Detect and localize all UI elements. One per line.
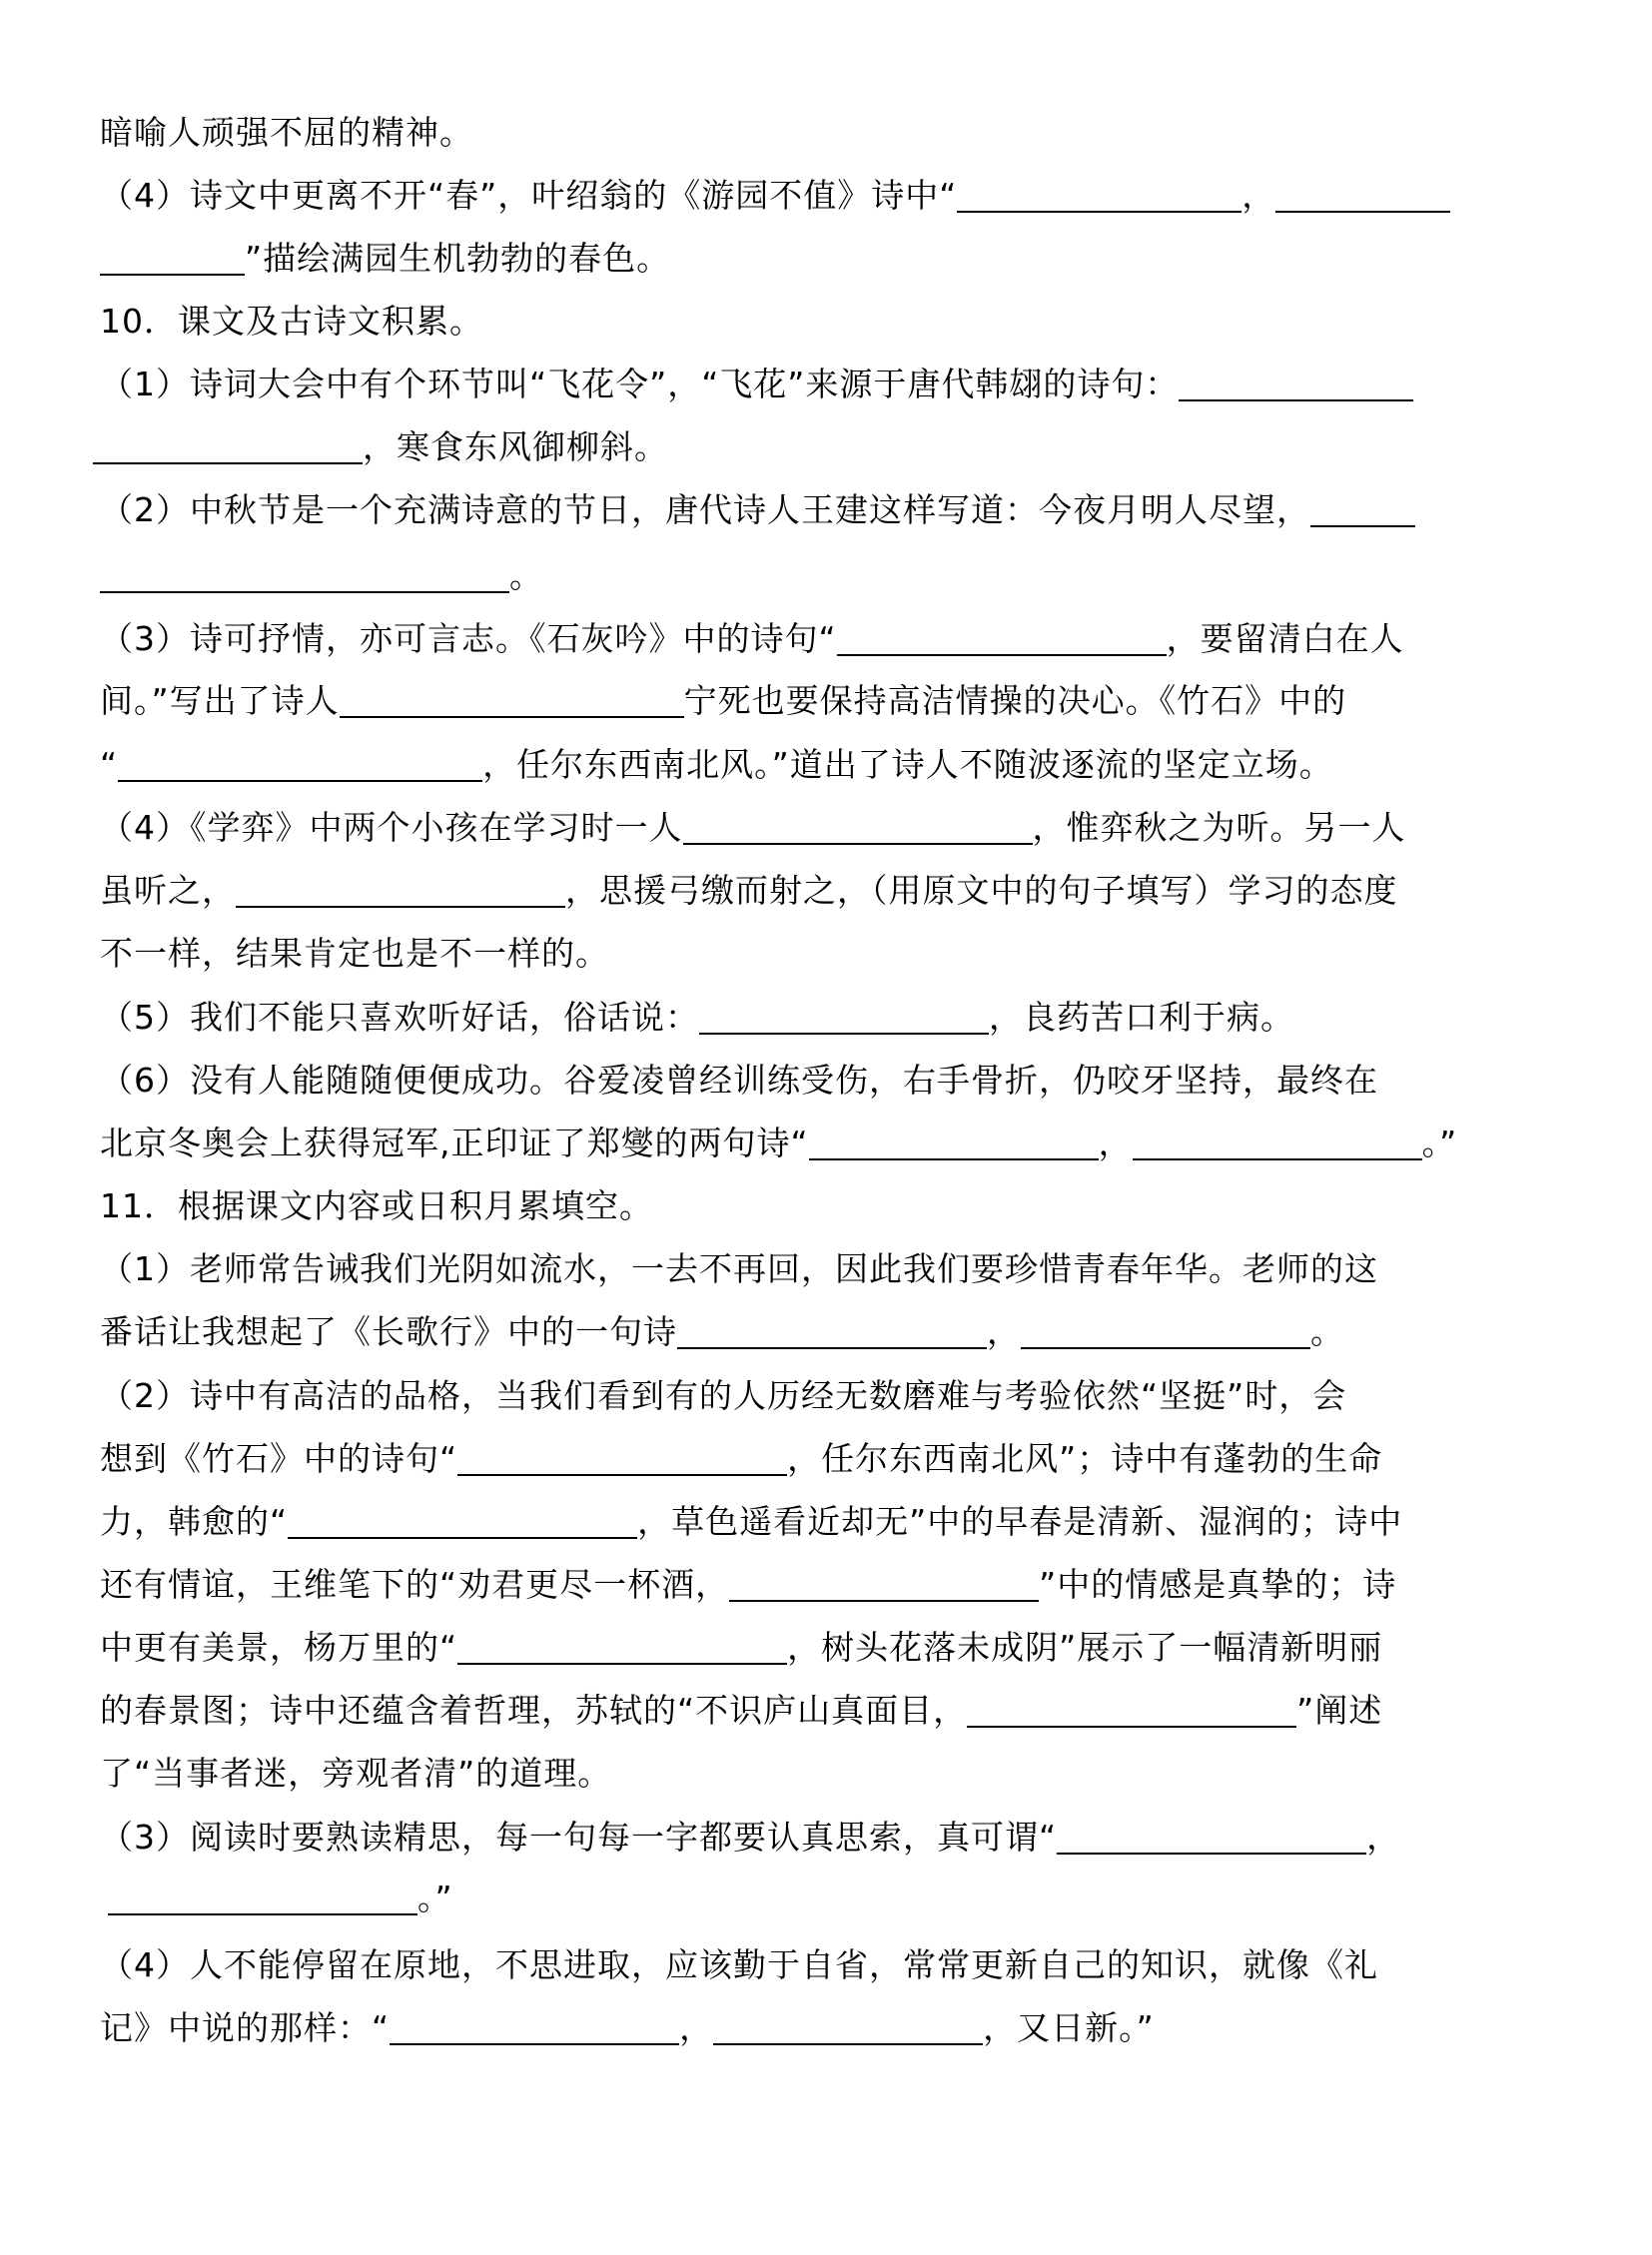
fill-in-blank[interactable]: [683, 807, 1033, 845]
fill-in-blank[interactable]: [340, 680, 684, 718]
fill-in-blank[interactable]: [967, 1690, 1296, 1728]
text-segment: ，良药苦口利于病。: [989, 998, 1294, 1037]
text-line: （1）诗词大会中有个环节叫“飞花令”，“飞花”来源于唐代韩翃的诗句：: [0, 360, 1652, 409]
fill-in-blank[interactable]: [1021, 1311, 1310, 1349]
text-line: ，寒食东风御柳斜。: [0, 422, 1652, 472]
fill-in-blank[interactable]: [1057, 1817, 1366, 1855]
text-segment: 不一样，结果肯定也是不一样的。: [100, 934, 609, 973]
text-segment: 。”: [1422, 1124, 1458, 1162]
text-segment: ，: [1241, 176, 1275, 215]
text-segment: 想到《竹石》中的诗句“: [100, 1439, 457, 1478]
text-segment: 间。”写出了诗人: [100, 681, 340, 720]
fill-in-blank[interactable]: [236, 870, 565, 908]
text-line: 10．课文及古诗文积累。: [0, 297, 1652, 347]
text-line: （6）没有人能随随便便成功。谷爱凌曾经训练受伤，右手骨折，仍咬牙坚持，最终在: [0, 1056, 1652, 1106]
text-segment: （6）没有人能随随便便成功。谷爱凌曾经训练受伤，右手骨折，仍咬牙坚持，最终在: [100, 1061, 1378, 1100]
text-line: （4）诗文中更离不开“春”，叶绍翁的《游园不值》诗中“，: [0, 171, 1652, 221]
text-line: （4）人不能停留在原地，不思进取，应该勤于自省，常常更新自己的知识，就像《礼: [0, 1940, 1652, 1990]
fill-in-blank[interactable]: [699, 997, 989, 1035]
text-line: （4）《学弈》中两个小孩在学习时一人，惟弈秋之为听。另一人: [0, 803, 1652, 853]
text-segment: （2）中秋节是一个充满诗意的节日，唐代诗人王建这样写道：今夜月明人尽望，: [100, 490, 1310, 529]
text-segment: 番话让我想起了《长歌行》中的一句诗: [100, 1312, 677, 1351]
fill-in-blank[interactable]: [713, 2007, 983, 2045]
text-segment: ”描绘满园生机勃勃的春色。: [245, 239, 670, 278]
text-segment: （1）老师常告诫我们光阴如流水，一去不再回，因此我们要珍惜青春年华。老师的这: [100, 1249, 1378, 1288]
text-segment: （5）我们不能只喜欢听好话，俗话说：: [100, 998, 699, 1037]
text-line: 记》中说的那样：“，，又日新。”: [0, 2003, 1652, 2053]
text-segment: 11．根据课文内容或日积月累填空。: [100, 1186, 653, 1225]
fill-in-blank[interactable]: [1310, 489, 1415, 527]
fill-in-blank[interactable]: [390, 2007, 679, 2045]
text-segment: ，任尔东西南北风”；诗中有蓬勃的生命: [787, 1439, 1382, 1478]
fill-in-blank[interactable]: [837, 618, 1167, 656]
text-segment: 中更有美景，杨万里的“: [100, 1628, 457, 1667]
text-segment: ，思援弓缴而射之，（用原文中的句子填写）学习的态度: [565, 871, 1398, 910]
text-segment: ”中的情感是真挚的；诗: [1039, 1565, 1396, 1604]
text-line: （3）阅读时要熟读精思，每一句每一字都要认真思索，真可谓“，: [0, 1813, 1652, 1863]
text-segment: ，: [1366, 1818, 1400, 1857]
text-line: 还有情谊，王维笔下的“劝君更尽一杯酒，”中的情感是真挚的；诗: [0, 1560, 1652, 1610]
text-segment: （2）诗中有高洁的品格，当我们看到有的人历经无数磨难与考验依然“坚挺”时，会: [100, 1376, 1346, 1415]
text-segment: 暗喻人顽强不屈的精神。: [100, 113, 473, 152]
text-segment: 记》中说的那样：“: [100, 2008, 390, 2047]
text-segment: ，: [679, 2008, 713, 2047]
text-segment: （4）诗文中更离不开“春”，叶绍翁的《游园不值》诗中“: [100, 176, 957, 215]
text-segment: ，草色遥看近却无”中的早春是清新、湿润的；诗中: [637, 1502, 1402, 1541]
text-segment: 了“当事者迷，旁观者清”的道理。: [100, 1754, 611, 1793]
fill-in-blank[interactable]: [729, 1564, 1039, 1602]
fill-in-blank[interactable]: [457, 1627, 787, 1665]
text-line: 了“当事者迷，旁观者清”的道理。: [0, 1749, 1652, 1799]
text-segment: ，树头花落未成阴”展示了一幅清新明丽: [787, 1628, 1382, 1667]
fill-in-blank[interactable]: [93, 426, 363, 464]
fill-in-blank[interactable]: [100, 555, 509, 593]
text-segment: 。: [1310, 1312, 1344, 1351]
text-line: 间。”写出了诗人宁死也要保持高洁情操的决心。《竹石》中的: [0, 676, 1652, 726]
text-line: 中更有美景，杨万里的“，树头花落未成阴”展示了一幅清新明丽: [0, 1623, 1652, 1673]
fill-in-blank[interactable]: [100, 238, 245, 276]
text-segment: 。”: [417, 1879, 453, 1917]
fill-in-blank[interactable]: [108, 1878, 417, 1915]
fill-in-blank[interactable]: [457, 1438, 787, 1476]
text-line: “，任尔东西南北风。”道出了诗人不随波逐流的坚定立场。: [0, 740, 1652, 790]
text-line: （2）诗中有高洁的品格，当我们看到有的人历经无数磨难与考验依然“坚挺”时，会: [0, 1371, 1652, 1421]
text-segment: ，又日新。”: [983, 2008, 1155, 2047]
text-segment: （1）诗词大会中有个环节叫“飞花令”，“飞花”来源于唐代韩翃的诗句：: [100, 365, 1179, 403]
text-segment: ，: [1099, 1124, 1133, 1162]
text-segment: 力，韩愈的“: [100, 1502, 288, 1541]
text-line: （1）老师常告诫我们光阴如流水，一去不再回，因此我们要珍惜青春年华。老师的这: [0, 1244, 1652, 1294]
text-segment: 宁死也要保持高洁情操的决心。《竹石》中的: [684, 681, 1347, 720]
text-segment: 虽听之，: [100, 871, 236, 910]
text-line: （2）中秋节是一个充满诗意的节日，唐代诗人王建这样写道：今夜月明人尽望，: [0, 485, 1652, 535]
text-line: 。”: [0, 1874, 1652, 1923]
text-segment: ，惟弈秋之为听。另一人: [1033, 808, 1406, 847]
text-segment: ，: [987, 1312, 1021, 1351]
text-segment: 。: [509, 556, 543, 595]
text-line: 不一样，结果肯定也是不一样的。: [0, 929, 1652, 979]
text-segment: ，任尔东西南北风。”道出了诗人不随波逐流的坚定立场。: [482, 745, 1333, 784]
fill-in-blank[interactable]: [288, 1501, 637, 1539]
text-segment: ，要留清白在人: [1167, 619, 1404, 658]
fill-in-blank[interactable]: [1133, 1123, 1422, 1160]
text-segment: ，寒食东风御柳斜。: [363, 427, 668, 466]
text-segment: （4）《学弈》中两个小孩在学习时一人: [100, 808, 683, 847]
text-segment: ”阐述: [1296, 1691, 1382, 1730]
text-line: 番话让我想起了《长歌行》中的一句诗，。: [0, 1307, 1652, 1357]
text-line: 暗喻人顽强不屈的精神。: [0, 108, 1652, 158]
fill-in-blank[interactable]: [1275, 175, 1450, 213]
text-segment: 10．课文及古诗文积累。: [100, 302, 483, 341]
text-line: 11．根据课文内容或日积月累填空。: [0, 1181, 1652, 1231]
fill-in-blank[interactable]: [1179, 364, 1413, 401]
text-segment: （3）阅读时要熟读精思，每一句每一字都要认真思索，真可谓“: [100, 1818, 1057, 1857]
fill-in-blank[interactable]: [677, 1311, 987, 1349]
text-line: （5）我们不能只喜欢听好话，俗话说：，良药苦口利于病。: [0, 993, 1652, 1043]
text-line: 。: [0, 551, 1652, 601]
text-segment: 还有情谊，王维笔下的“劝君更尽一杯酒，: [100, 1565, 729, 1604]
text-segment: “: [100, 745, 118, 784]
text-line: （3）诗可抒情，亦可言志。《石灰吟》中的诗句“，要留清白在人: [0, 614, 1652, 664]
text-line: 虽听之，，思援弓缴而射之，（用原文中的句子填写）学习的态度: [0, 866, 1652, 916]
fill-in-blank[interactable]: [957, 175, 1241, 213]
text-line: 想到《竹石》中的诗句“，任尔东西南北风”；诗中有蓬勃的生命: [0, 1434, 1652, 1484]
text-segment: （3）诗可抒情，亦可言志。《石灰吟》中的诗句“: [100, 619, 837, 658]
fill-in-blank[interactable]: [809, 1123, 1099, 1160]
text-segment: 的春景图；诗中还蕴含着哲理，苏轼的“不识庐山真面目，: [100, 1691, 967, 1730]
text-line: 北京冬奥会上获得冠军,正印证了郑燮的两句诗“，。”: [0, 1119, 1652, 1168]
text-line: 的春景图；诗中还蕴含着哲理，苏轼的“不识庐山真面目，”阐述: [0, 1686, 1652, 1736]
text-line: 力，韩愈的“，草色遥看近却无”中的早春是清新、湿润的；诗中: [0, 1497, 1652, 1547]
text-segment: 北京冬奥会上获得冠军,正印证了郑燮的两句诗“: [100, 1124, 809, 1162]
text-line: ”描绘满园生机勃勃的春色。: [0, 234, 1652, 284]
text-segment: （4）人不能停留在原地，不思进取，应该勤于自省，常常更新自己的知识，就像《礼: [100, 1945, 1378, 1984]
fill-in-blank[interactable]: [118, 744, 482, 782]
